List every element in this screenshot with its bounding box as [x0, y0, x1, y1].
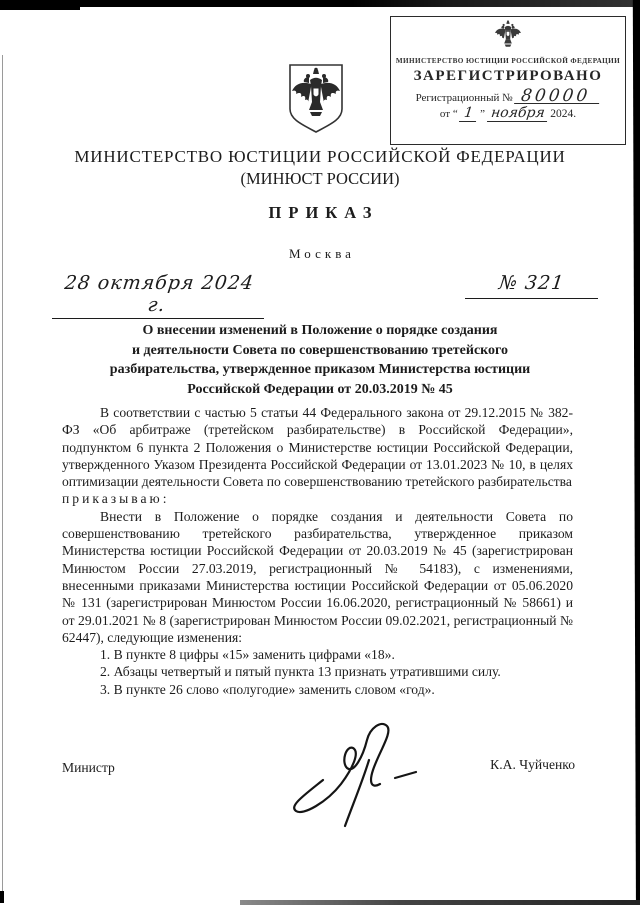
- document-type-heading: ПРИКАЗ: [0, 203, 640, 223]
- ministry-full-name: МИНИСТЕРСТВО ЮСТИЦИИ РОССИЙСКОЙ ФЕДЕРАЦИ…: [0, 147, 640, 167]
- scan-edge-bottom: [240, 900, 640, 905]
- stamp-year: 2024.: [550, 108, 576, 120]
- order-title: О внесении изменений в Положение о поряд…: [85, 321, 555, 399]
- stamp-day-handwritten: 1: [459, 105, 478, 122]
- registration-stamp: МИНИСТЕРСТВО ЮСТИЦИИ РОССИЙСКОЙ ФЕДЕРАЦИ…: [390, 16, 626, 145]
- scan-edge-top: [0, 0, 640, 7]
- stamp-registered-label: ЗАРЕГИСТРИРОВАНО: [391, 68, 625, 85]
- order-title-line: О внесении изменений в Положение о поряд…: [85, 321, 555, 341]
- signer-position: Министр: [62, 760, 115, 776]
- city-label: Москва: [0, 246, 640, 262]
- stamp-eagle-icon: [391, 20, 625, 56]
- body-paragraph-1: В соответствии с частью 5 статьи 44 Феде…: [62, 404, 573, 490]
- stamp-reg-value-handwritten: 80000: [514, 89, 601, 104]
- order-title-line: и деятельности Совета по совершенствован…: [85, 341, 555, 361]
- scan-edge-top-left: [0, 0, 80, 10]
- body-paragraph-2: Внести в Положение о порядке создания и …: [62, 508, 573, 646]
- order-title-line: Российской Федерации от 20.03.2019 № 45: [85, 380, 555, 400]
- order-date-text: 28 октября 2024 г.: [49, 272, 266, 316]
- scanned-order-page: МИНИСТЕРСТВО ЮСТИЦИИ РОССИЙСКОЙ ФЕДЕРАЦИ…: [0, 0, 640, 905]
- scan-edge-right: [631, 0, 640, 905]
- russia-coat-of-arms-icon: [287, 63, 345, 140]
- ministry-short-name: (МИНЮСТ РОССИИ): [0, 169, 640, 189]
- stamp-quote-close: ”: [480, 108, 485, 120]
- stamp-reg-label: Регистрационный №: [416, 92, 513, 104]
- decree-word: приказываю:: [62, 490, 573, 507]
- stamp-registration-date: от “ 1 ” ноября 2024.: [391, 105, 625, 122]
- minister-signature-icon: [283, 718, 433, 838]
- stamp-ministry-line: МИНИСТЕРСТВО ЮСТИЦИИ РОССИЙСКОЙ ФЕДЕРАЦИ…: [396, 56, 621, 65]
- stamp-from-label: от: [440, 108, 450, 120]
- stamp-quote-open: “: [453, 108, 458, 120]
- signer-name: К.А. Чуйченко: [420, 757, 575, 773]
- body-paragraph-1-text: В соответствии с частью 5 статьи 44 Феде…: [62, 405, 573, 489]
- stamp-registration-number: Регистрационный № 80000: [391, 89, 625, 104]
- amendment-item-2: 2. Абзацы четвертый и пятый пункта 13 пр…: [62, 663, 573, 680]
- scan-edge-bottom-left-mark: [0, 891, 4, 903]
- body-paragraph-2-text: Внести в Положение о порядке создания и …: [62, 509, 573, 645]
- stamp-month-handwritten: ноября: [487, 105, 549, 122]
- order-number-text: № 321: [497, 272, 565, 294]
- order-date-handwritten: 28 октября 2024 г.: [52, 272, 264, 319]
- amendment-item-1: 1. В пункте 8 цифры «15» заменить цифрам…: [62, 646, 573, 663]
- order-title-line: разбирательства, утвержденное приказом М…: [85, 360, 555, 380]
- order-body: В соответствии с частью 5 статьи 44 Феде…: [62, 404, 573, 698]
- amendment-item-3: 3. В пункте 26 слово «полугодие» заменит…: [62, 681, 573, 698]
- order-number-handwritten: № 321: [465, 272, 598, 299]
